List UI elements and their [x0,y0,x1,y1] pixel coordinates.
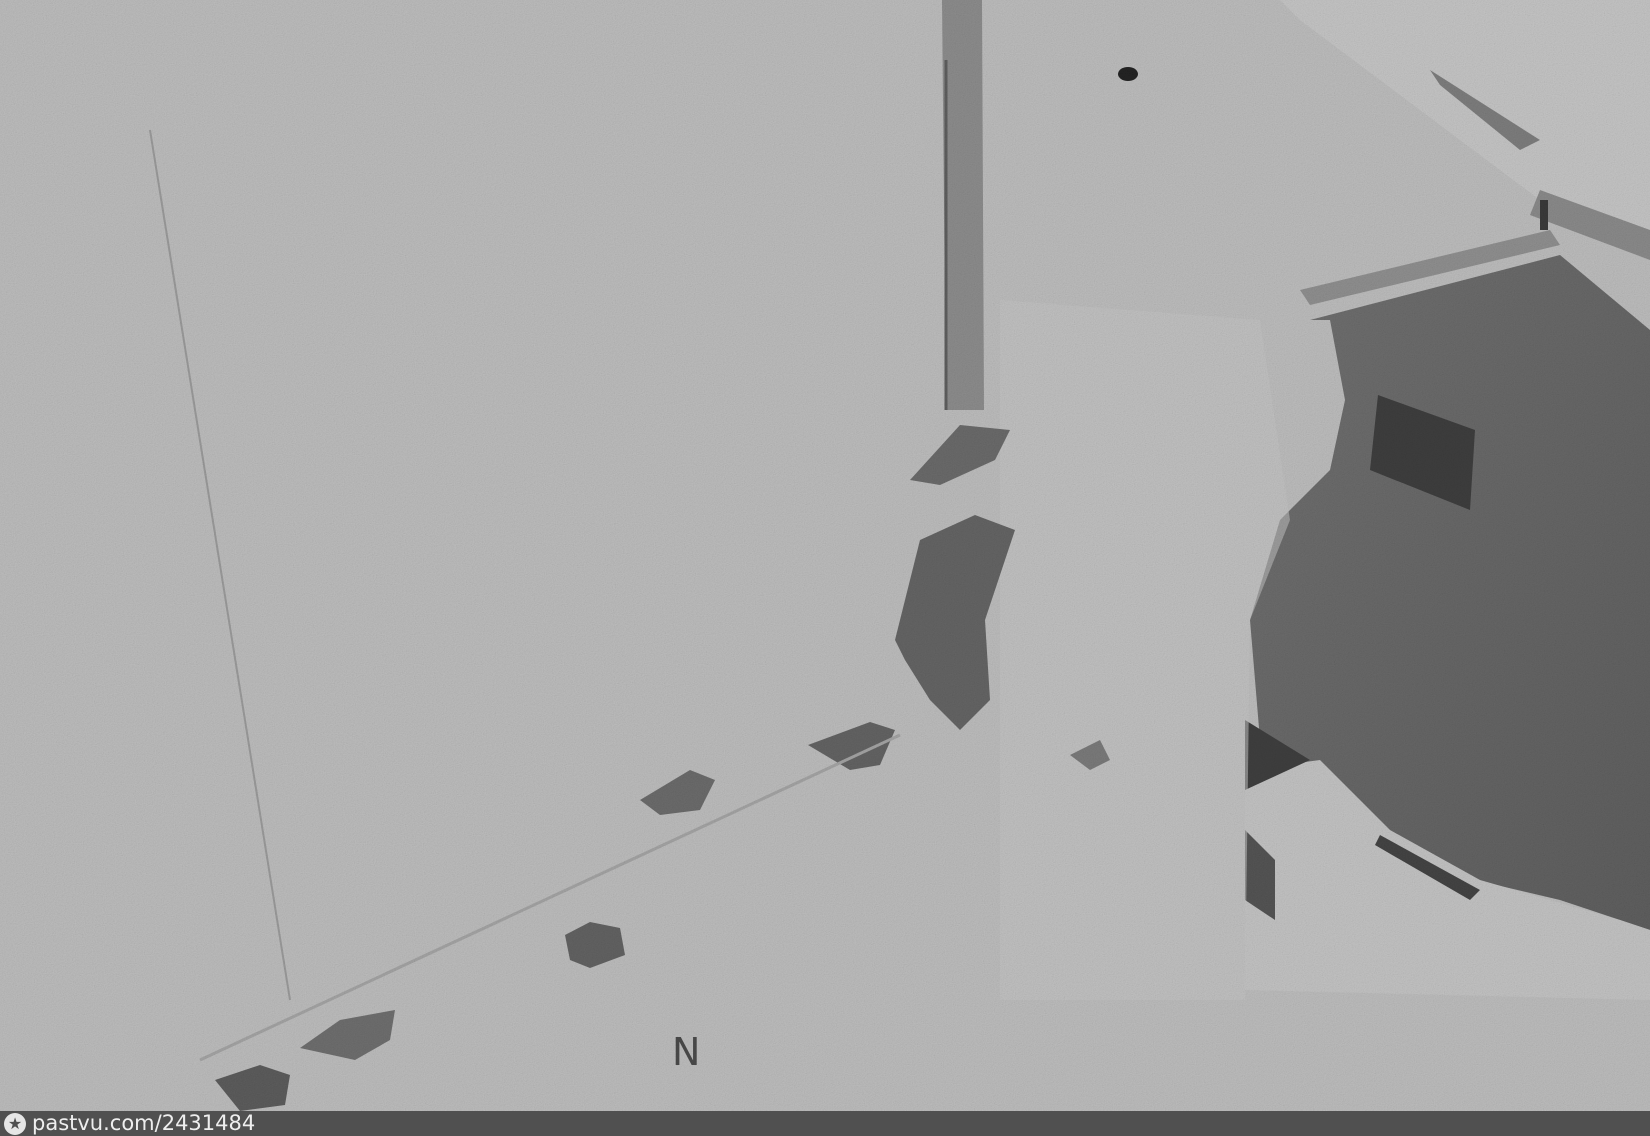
photo-scene: N [0,0,1650,1111]
chimney-post [942,0,984,410]
star-icon: ★ [4,1113,26,1135]
photograph: N [0,0,1650,1111]
ledge-marking: N [672,1030,700,1074]
watermark-link[interactable]: pastvu.com/2431484 [32,1111,255,1136]
watermark-bar: ★ pastvu.com/2431484 [0,1111,1650,1136]
